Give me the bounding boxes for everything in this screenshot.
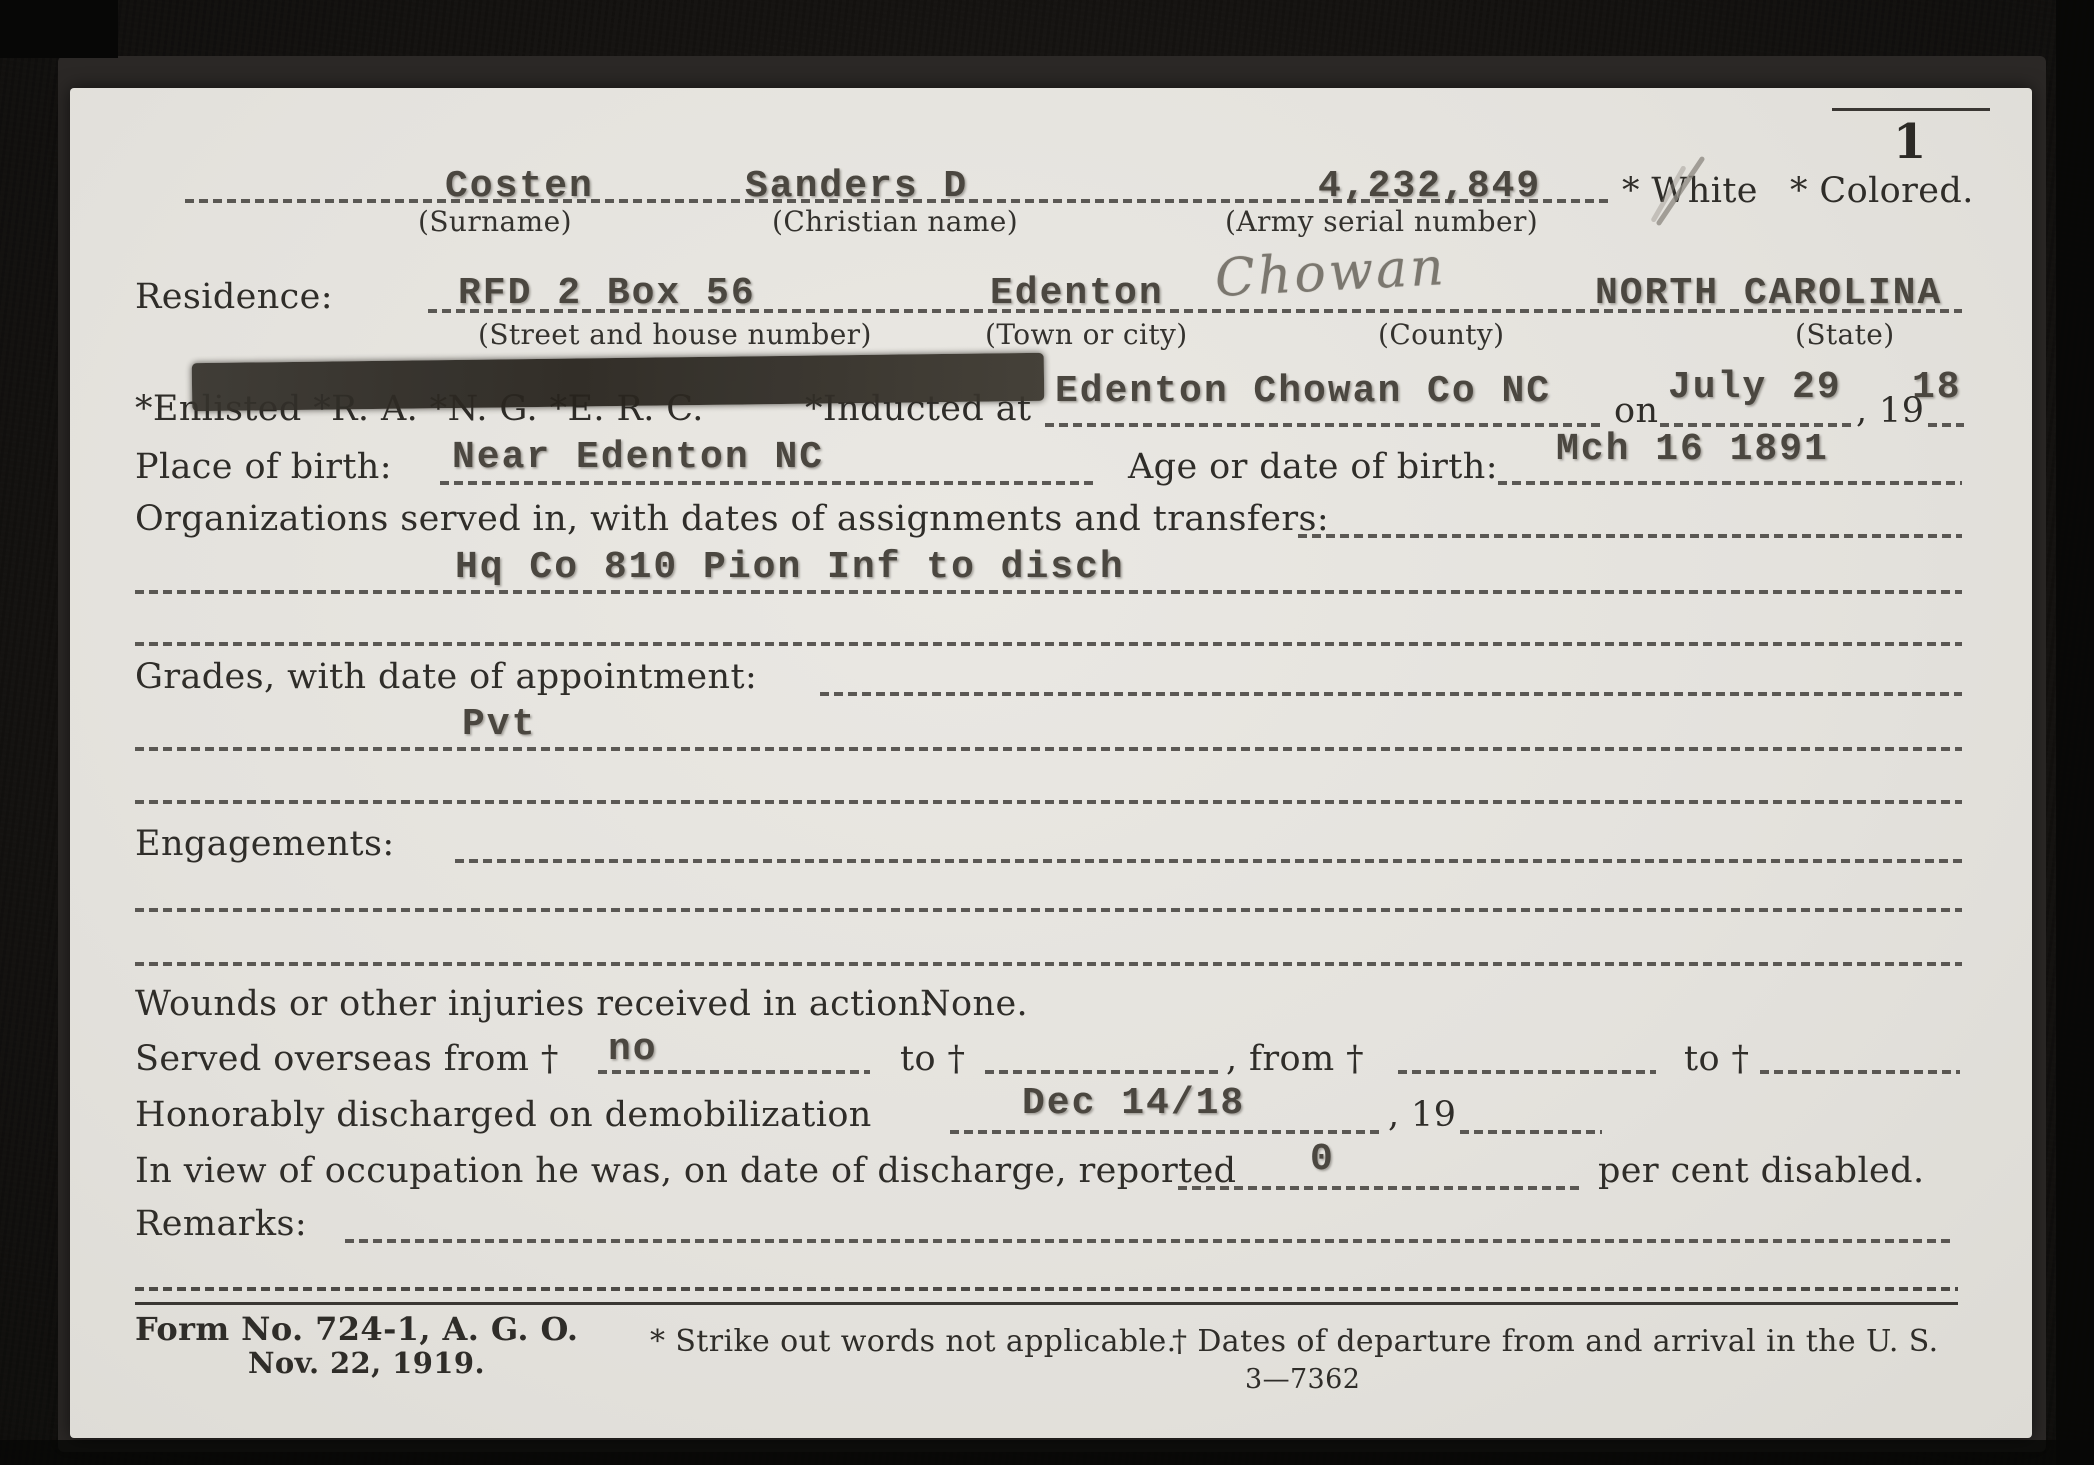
dotted-line — [1498, 481, 1962, 485]
induction-place-value: Edenton Chowan Co NC — [1055, 370, 1551, 413]
christian-name-value: Sanders D — [745, 165, 968, 208]
dates-note: † Dates of departure from and arrival in… — [1172, 1325, 1939, 1358]
print-code: 3—7362 — [1245, 1365, 1360, 1395]
page-number-overline — [1832, 108, 1990, 111]
christian-name-label: (Christian name) — [772, 207, 1018, 238]
dotted-line — [135, 642, 1962, 646]
state-value: NORTH CAROLINA — [1595, 272, 1942, 315]
form-date: Nov. 22, 1919. — [248, 1348, 485, 1380]
dotted-line — [135, 800, 1962, 804]
dotted-line — [1298, 534, 1962, 538]
engagements-label: Engagements: — [135, 825, 395, 864]
disability-prefix: In view of occupation he was, on date of… — [135, 1152, 1236, 1191]
wounds-value: None. — [920, 985, 1028, 1024]
form-number: Form No. 724-1, A. G. O. — [135, 1312, 578, 1347]
town-value: Edenton — [990, 272, 1164, 315]
street-value: RFD 2 Box 56 — [458, 272, 756, 315]
dotted-line — [135, 1287, 1958, 1291]
state-label: (State) — [1795, 320, 1895, 351]
organizations-entry: Hq Co 810 Pion Inf to disch — [455, 546, 1125, 589]
right-black-band — [2056, 0, 2094, 1465]
on-label: on — [1614, 392, 1658, 431]
serial-number-value: 4,232,849 — [1318, 165, 1541, 208]
organizations-label: Organizations served in, with dates of a… — [135, 500, 1329, 539]
town-label: (Town or city) — [985, 320, 1188, 351]
dotted-line — [1660, 423, 1852, 427]
overseas-from1-value: no — [608, 1028, 658, 1071]
place-of-birth-label: Place of birth: — [135, 448, 392, 487]
disability-suffix: per cent disabled. — [1598, 1152, 1925, 1191]
dotted-line — [985, 1070, 1223, 1074]
strike-out-note: * Strike out words not applicable. — [650, 1325, 1177, 1358]
induction-date-value: July 29 — [1668, 366, 1842, 409]
dotted-line — [1398, 1070, 1656, 1074]
disability-value: 0 — [1310, 1138, 1335, 1181]
dotted-line — [1178, 1186, 1582, 1190]
discharge-date-value: Dec 14/18 — [1022, 1082, 1245, 1125]
bottom-black-band — [0, 1440, 2094, 1465]
grades-label: Grades, with date of appointment: — [135, 658, 757, 697]
solid-rule — [135, 1302, 1958, 1305]
age-or-dob-value: Mch 16 1891 — [1556, 428, 1829, 471]
remarks-label: Remarks: — [135, 1205, 307, 1244]
residence-label: Residence: — [135, 278, 333, 317]
dotted-line — [1760, 1070, 1960, 1074]
dotted-line — [135, 908, 1962, 912]
dotted-line — [1045, 423, 1600, 427]
scanned-document: 1 Costen Sanders D 4,232,849 * White * C… — [0, 0, 2094, 1465]
county-label: (County) — [1378, 320, 1504, 351]
serial-number-label: (Army serial number) — [1225, 207, 1538, 238]
dotted-line — [598, 1070, 870, 1074]
overseas-to2-label: to † — [1684, 1040, 1749, 1079]
dotted-line — [135, 962, 1962, 966]
dotted-line — [1460, 1130, 1602, 1134]
dotted-line — [950, 1130, 1380, 1134]
induction-year-value: 18 — [1912, 366, 1962, 409]
wounds-label: Wounds or other injuries received in act… — [135, 985, 933, 1024]
overseas-to1-label: to † — [900, 1040, 965, 1079]
county-handwritten-value: Chowan — [1214, 237, 1448, 309]
dotted-line — [1928, 423, 1964, 427]
surname-value: Costen — [445, 165, 594, 208]
street-label: (Street and house number) — [478, 320, 872, 351]
dotted-line — [440, 481, 1095, 485]
dotted-line — [135, 590, 1962, 594]
race-colored-option: * Colored. — [1790, 172, 1974, 211]
age-or-dob-label: Age or date of birth: — [1128, 448, 1498, 487]
overseas-from2-label: , from † — [1226, 1040, 1364, 1079]
discharge-year-label: , 19 — [1388, 1096, 1456, 1135]
dotted-line — [455, 859, 1962, 863]
overseas-prefix: Served overseas from † — [135, 1040, 559, 1079]
discharge-label: Honorably discharged on demobilization — [135, 1096, 872, 1135]
place-of-birth-value: Near Edenton NC — [452, 436, 824, 479]
dotted-line — [135, 747, 1962, 751]
grades-entry: Pvt — [462, 703, 536, 746]
dotted-line — [345, 1239, 1955, 1243]
surname-label: (Surname) — [418, 207, 572, 238]
corner-black-patch — [0, 0, 118, 58]
page-number: 1 — [1893, 114, 1926, 170]
dotted-line — [820, 692, 1962, 696]
